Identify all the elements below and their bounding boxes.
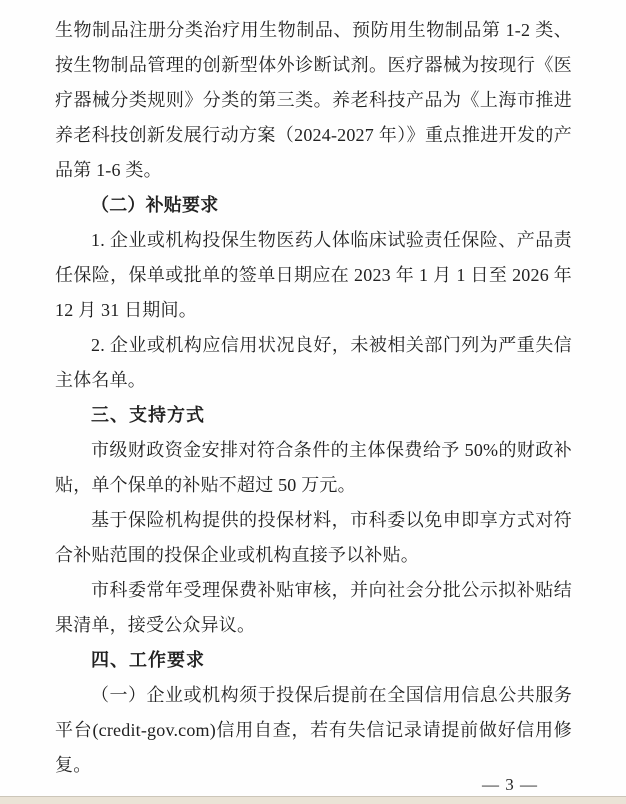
body-paragraph-direct-subsidy: 基于保险机构提供的投保材料，市科委以免申即享方式对符合补贴范围的投保企业或机构直… xyxy=(55,503,572,573)
body-paragraph-biologics-classification: 生物制品注册分类治疗用生物制品、预防用生物制品第 1-2 类、按生物制品管理的创… xyxy=(55,13,572,188)
document-page: 生物制品注册分类治疗用生物制品、预防用生物制品第 1-2 类、按生物制品管理的创… xyxy=(0,0,626,804)
document-content: 生物制品注册分类治疗用生物制品、预防用生物制品第 1-2 类、按生物制品管理的创… xyxy=(55,13,572,783)
body-paragraph-credit-self-check: （一）企业或机构须于投保后提前在全国信用信息公共服务平台(credit-gov.… xyxy=(55,678,572,783)
section-heading-support-method: 三、支持方式 xyxy=(55,398,572,433)
page-bottom-edge xyxy=(0,796,626,804)
section-heading-subsidy-requirements: （二）补贴要求 xyxy=(55,188,572,223)
body-paragraph-fiscal-subsidy: 市级财政资金安排对符合条件的主体保费给予 50%的财政补贴，单个保单的补贴不超过… xyxy=(55,433,572,503)
body-paragraph-requirement-2: 2. 企业或机构应信用状况良好，未被相关部门列为严重失信主体名单。 xyxy=(55,328,572,398)
page-number: — 3 — xyxy=(482,775,538,795)
section-heading-work-requirements: 四、工作要求 xyxy=(55,643,572,678)
body-paragraph-review-publicity: 市科委常年受理保费补贴审核，并向社会分批公示拟补贴结果清单，接受公众异议。 xyxy=(55,573,572,643)
body-paragraph-requirement-1: 1. 企业或机构投保生物医药人体临床试验责任保险、产品责任保险，保单或批单的签单… xyxy=(55,223,572,328)
